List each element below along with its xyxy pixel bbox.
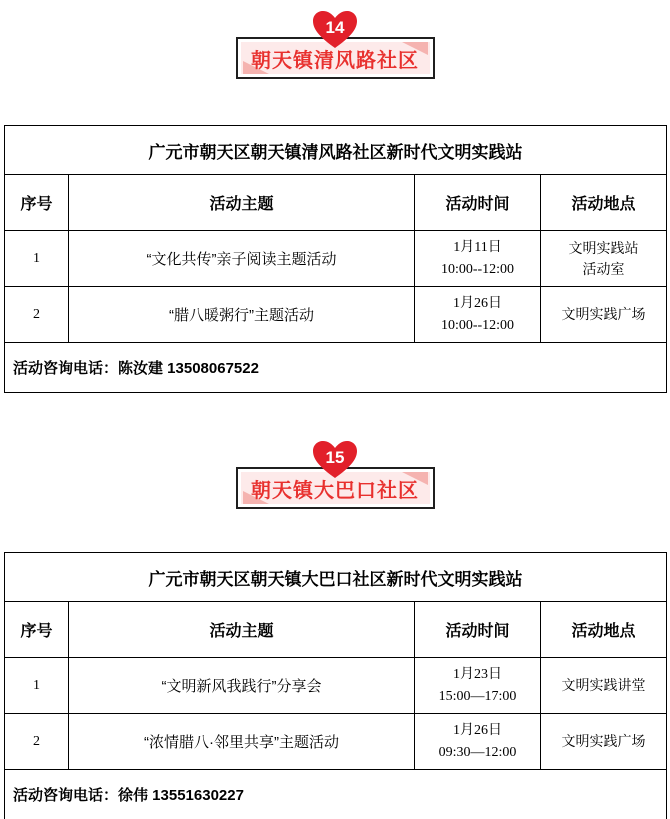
activity-table: 广元市朝天区朝天镇清风路社区新时代文明实践站 序号 活动主题 活动时间 活动地点… bbox=[4, 125, 667, 393]
activity-time: 1月11日 10:00--12:00 bbox=[415, 231, 541, 287]
activity-time: 1月23日 15:00—17:00 bbox=[415, 658, 541, 714]
activity-time: 1月26日 09:30—12:00 bbox=[415, 714, 541, 770]
location-line: 活动室 bbox=[541, 259, 666, 280]
column-header-index: 序号 bbox=[5, 175, 69, 231]
activity-date: 1月26日 bbox=[415, 720, 540, 742]
column-header-theme: 活动主题 bbox=[69, 602, 415, 658]
table-title-row: 广元市朝天区朝天镇大巴口社区新时代文明实践站 bbox=[5, 553, 667, 602]
activity-theme: “浓情腊八·邻里共享”主题活动 bbox=[69, 714, 415, 770]
table-row: 1 “文化共传”亲子阅读主题活动 1月11日 10:00--12:00 文明实践… bbox=[5, 231, 667, 287]
location-line: 文明实践讲堂 bbox=[541, 675, 666, 696]
column-header-location: 活动地点 bbox=[541, 175, 667, 231]
row-index: 2 bbox=[5, 287, 69, 343]
station-title: 广元市朝天区朝天镇清风路社区新时代文明实践站 bbox=[5, 126, 667, 175]
column-header-theme: 活动主题 bbox=[69, 175, 415, 231]
activity-location: 文明实践站 活动室 bbox=[541, 231, 667, 287]
table-title-row: 广元市朝天区朝天镇清风路社区新时代文明实践站 bbox=[5, 126, 667, 175]
activity-location: 文明实践广场 bbox=[541, 287, 667, 343]
column-header-location: 活动地点 bbox=[541, 602, 667, 658]
activity-location: 文明实践讲堂 bbox=[541, 658, 667, 714]
table-row: 2 “腊八暖粥行”主题活动 1月26日 10:00--12:00 文明实践广场 bbox=[5, 287, 667, 343]
column-header-time: 活动时间 bbox=[415, 175, 541, 231]
column-header-time: 活动时间 bbox=[415, 602, 541, 658]
contact-phone-info: 活动咨询电话：徐伟 13551630227 bbox=[5, 770, 667, 819]
row-index: 1 bbox=[5, 231, 69, 287]
row-index: 1 bbox=[5, 658, 69, 714]
activity-theme: “腊八暖粥行”主题活动 bbox=[69, 287, 415, 343]
activity-date: 1月23日 bbox=[415, 664, 540, 686]
station-title: 广元市朝天区朝天镇大巴口社区新时代文明实践站 bbox=[5, 553, 667, 602]
activity-time: 1月26日 10:00--12:00 bbox=[415, 287, 541, 343]
activity-theme: “文化共传”亲子阅读主题活动 bbox=[69, 231, 415, 287]
table-header-row: 序号 活动主题 活动时间 活动地点 bbox=[5, 175, 667, 231]
activity-theme: “文明新风我践行”分享会 bbox=[69, 658, 415, 714]
activity-hours: 10:00--12:00 bbox=[415, 315, 540, 337]
activity-table: 广元市朝天区朝天镇大巴口社区新时代文明实践站 序号 活动主题 活动时间 活动地点… bbox=[4, 552, 667, 819]
section-number-badge: 15 bbox=[309, 440, 361, 480]
table-footer-row: 活动咨询电话：徐伟 13551630227 bbox=[5, 770, 667, 819]
activity-hours: 15:00—17:00 bbox=[415, 686, 540, 708]
table-row: 2 “浓情腊八·邻里共享”主题活动 1月26日 09:30—12:00 文明实践… bbox=[5, 714, 667, 770]
location-line: 文明实践广场 bbox=[541, 731, 666, 752]
section-number: 15 bbox=[309, 448, 361, 468]
row-index: 2 bbox=[5, 714, 69, 770]
activity-hours: 10:00--12:00 bbox=[415, 259, 540, 281]
community-section-15: 15 朝天镇大巴口社区 广元市朝天区朝天镇大巴口社区新时代文明实践站 序号 活动… bbox=[0, 393, 670, 819]
document-page: 14 朝天镇清风路社区 广元市朝天区朝天镇清风路社区新时代文明实践站 序号 活动… bbox=[0, 0, 670, 819]
location-line: 文明实践广场 bbox=[541, 304, 666, 325]
table-row: 1 “文明新风我践行”分享会 1月23日 15:00—17:00 文明实践讲堂 bbox=[5, 658, 667, 714]
table-footer-row: 活动咨询电话：陈汝建 13508067522 bbox=[5, 343, 667, 393]
activity-hours: 09:30—12:00 bbox=[415, 742, 540, 764]
activity-date: 1月11日 bbox=[415, 237, 540, 259]
contact-phone-info: 活动咨询电话：陈汝建 13508067522 bbox=[5, 343, 667, 393]
activity-date: 1月26日 bbox=[415, 293, 540, 315]
activity-location: 文明实践广场 bbox=[541, 714, 667, 770]
section-number: 14 bbox=[309, 18, 361, 38]
table-header-row: 序号 活动主题 活动时间 活动地点 bbox=[5, 602, 667, 658]
location-line: 文明实践站 bbox=[541, 238, 666, 259]
column-header-index: 序号 bbox=[5, 602, 69, 658]
community-section-14: 14 朝天镇清风路社区 广元市朝天区朝天镇清风路社区新时代文明实践站 序号 活动… bbox=[0, 0, 670, 393]
section-number-badge: 14 bbox=[309, 10, 361, 50]
